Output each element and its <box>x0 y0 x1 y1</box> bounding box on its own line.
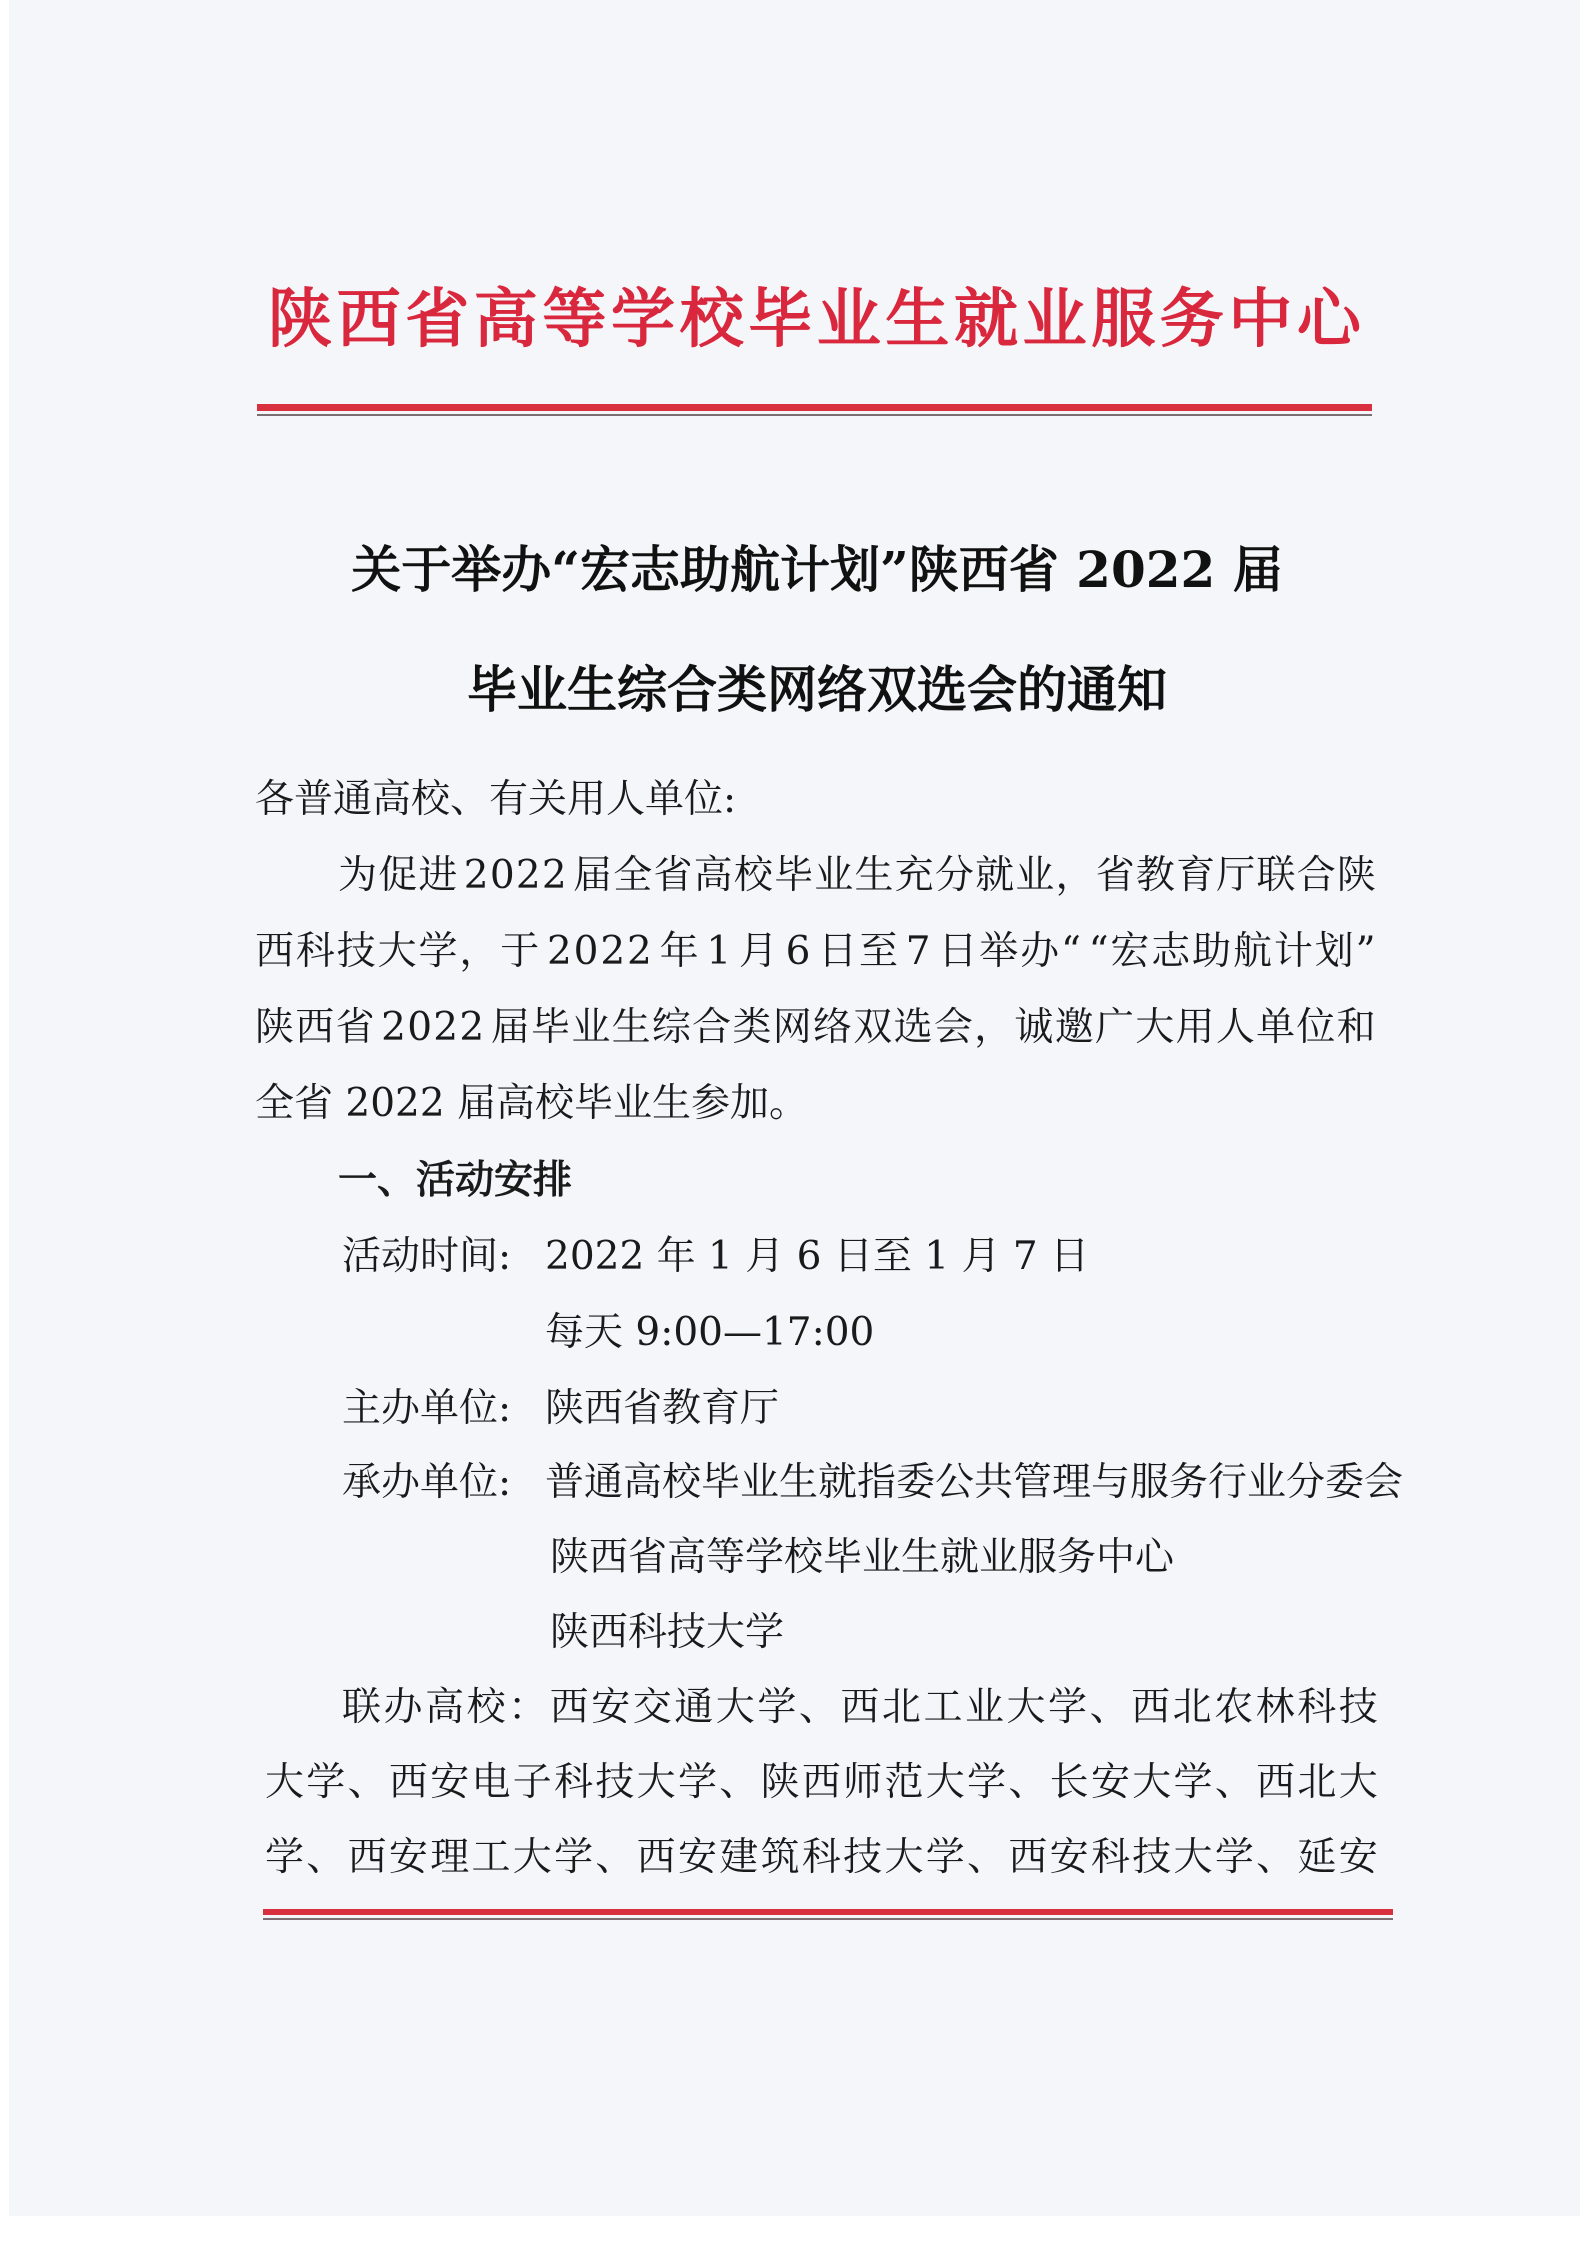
letterhead-char: 校 <box>680 270 747 370</box>
letterhead-char: 西 <box>337 270 404 370</box>
organizer-value-3: 陕西科技大学 <box>550 1608 784 1658</box>
salutation: 各普通高校、有关用人单位: <box>255 775 736 825</box>
letterhead-red-rule <box>257 404 1372 411</box>
letterhead-char: 心 <box>1297 270 1364 370</box>
letterhead-char: 学 <box>611 270 678 370</box>
activity-time-value: 2022 年 1 月 6 日至 1 月 7 日 <box>545 1232 1089 1282</box>
intro-line-4: 全省 2022 届高校毕业生参加。 <box>255 1079 808 1129</box>
letterhead-char: 中 <box>1228 270 1295 370</box>
letterhead-char: 务 <box>1160 270 1227 370</box>
letterhead-char: 生 <box>885 270 952 370</box>
intro-line-2: 西科技大学，于 2022 年 1 月 6 日至 7 日举办“ “宏志助航计划” <box>255 927 1376 977</box>
letterhead-thin-rule <box>257 414 1372 416</box>
letterhead-char: 就 <box>954 270 1021 370</box>
organizer-label: 承办单位: <box>342 1458 511 1508</box>
letterhead-char: 毕 <box>748 270 815 370</box>
intro-line-1: 为促进 2022 届全省高校毕业生充分就业，省教育厅联合陕 <box>338 851 1376 901</box>
letterhead-char: 高 <box>474 270 541 370</box>
document-title-line-2: 毕业生综合类网络双选会的通知 <box>257 658 1377 722</box>
letterhead-char: 服 <box>1091 270 1158 370</box>
letterhead-char: 省 <box>405 270 472 370</box>
host-value: 陕西省教育厅 <box>545 1384 779 1434</box>
letterhead-char: 等 <box>542 270 609 370</box>
activity-time-daily-hours: 每天 9:00—17:00 <box>545 1308 874 1358</box>
letterhead-char: 陕 <box>268 270 335 370</box>
document-title-line-1: 关于举办“宏志助航计划”陕西省 2022 届 <box>257 538 1377 602</box>
footer-red-rule <box>263 1909 1393 1915</box>
host-label: 主办单位: <box>342 1384 511 1434</box>
footer-thin-rule <box>263 1918 1393 1920</box>
letterhead-char: 业 <box>817 270 884 370</box>
organizer-value-1: 普通高校毕业生就指委公共管理与服务行业分委会 <box>545 1458 1403 1508</box>
co-organizers-line-3: 学、西安理工大学、西安建筑科技大学、西安科技大学、延安 <box>265 1833 1378 1883</box>
section-heading-activity-arrangement: 一、活动安排 <box>338 1155 572 1205</box>
activity-time-label: 活动时间: <box>342 1232 511 1282</box>
organizer-value-2: 陕西省高等学校毕业生就业服务中心 <box>550 1533 1174 1583</box>
co-organizers-line-1: 联办高校：西安交通大学、西北工业大学、西北农林科技 <box>342 1683 1378 1733</box>
co-organizers-line-2: 大学、西安电子科技大学、陕西师范大学、长安大学、西北大 <box>265 1758 1378 1808</box>
letterhead-organization: 陕西省高等学校毕业生就业服务中心 <box>268 270 1364 370</box>
letterhead-char: 业 <box>1023 270 1090 370</box>
intro-line-3: 陕西省 2022 届毕业生综合类网络双选会，诚邀广大用人单位和 <box>255 1003 1376 1053</box>
